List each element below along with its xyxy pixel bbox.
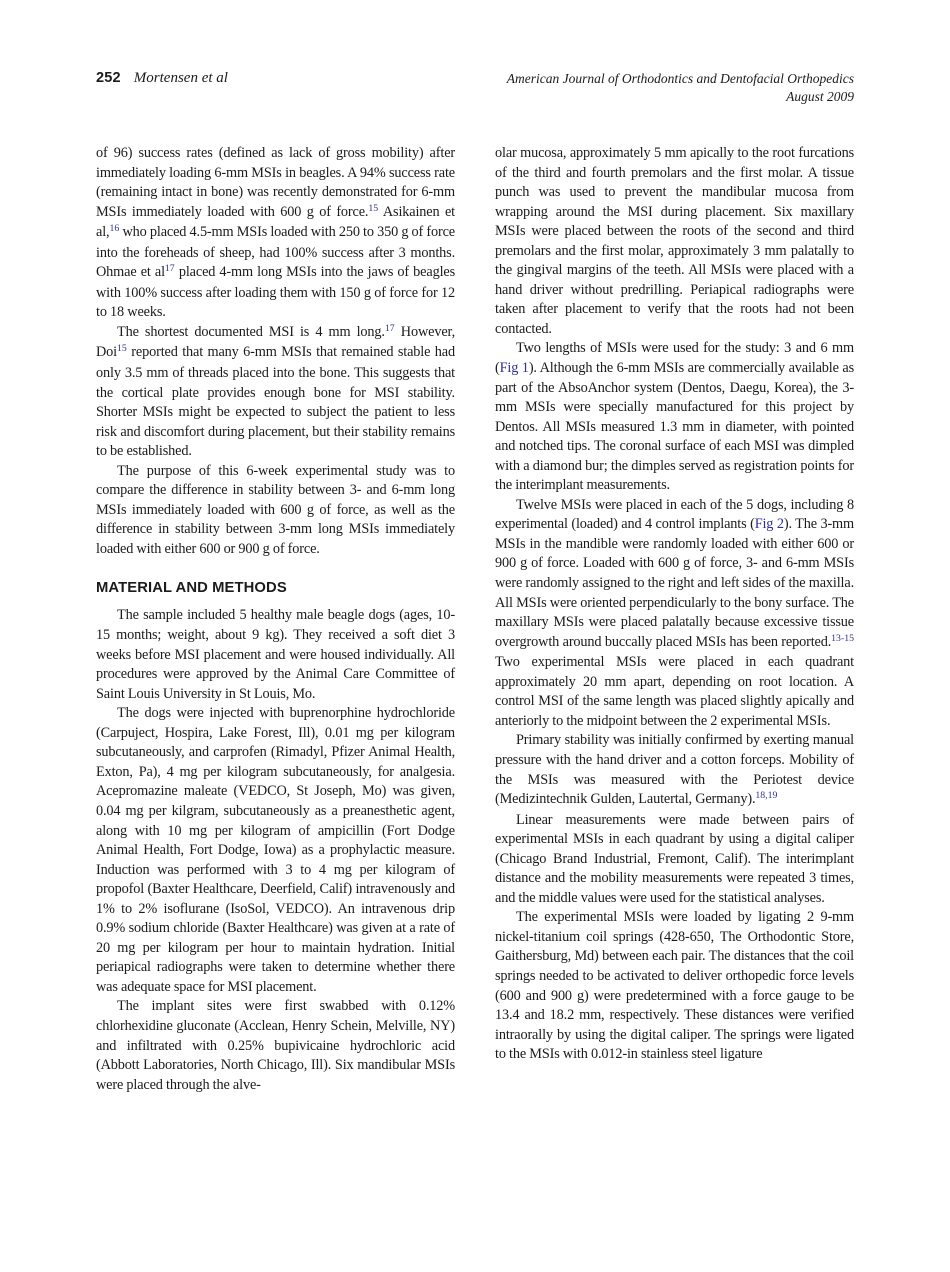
text-run: The experimental MSIs were loaded by lig… bbox=[495, 909, 854, 1062]
running-head-right: American Journal of Orthodontics and Den… bbox=[507, 70, 854, 106]
running-authors: Mortensen et al bbox=[134, 70, 228, 87]
reference-link[interactable]: 15 bbox=[117, 343, 127, 354]
journal-page: 252 Mortensen et al American Journal of … bbox=[0, 0, 950, 1272]
figure-link[interactable]: Fig 1 bbox=[500, 360, 529, 376]
text-run: Linear measurements were made between pa… bbox=[495, 812, 854, 906]
paragraph: Linear measurements were made between pa… bbox=[495, 811, 854, 909]
text-run: The implant sites were first swabbed wit… bbox=[96, 998, 455, 1092]
text-run: The dogs were injected with buprenorphin… bbox=[96, 705, 455, 995]
paragraph: The sample included 5 healthy male beagl… bbox=[96, 606, 455, 704]
reference-link[interactable]: 16 bbox=[109, 223, 119, 234]
reference-link[interactable]: 18,19 bbox=[755, 790, 777, 801]
figure-link[interactable]: Fig 2 bbox=[755, 516, 784, 532]
reference-link[interactable]: 15 bbox=[368, 203, 378, 214]
paragraph: The implant sites were first swabbed wit… bbox=[96, 997, 455, 1095]
text-run: Primary stability was initially confirme… bbox=[495, 732, 854, 807]
text-run: reported that many 6-mm MSIs that remain… bbox=[96, 344, 455, 459]
reference-link[interactable]: 13-15 bbox=[831, 633, 854, 644]
reference-link[interactable]: 17 bbox=[165, 263, 175, 274]
left-column: of 96) success rates (defined as lack of… bbox=[96, 144, 455, 1095]
paragraph: The dogs were injected with buprenorphin… bbox=[96, 704, 455, 997]
reference-link[interactable]: 17 bbox=[385, 323, 395, 334]
paragraph: The experimental MSIs were loaded by lig… bbox=[495, 908, 854, 1064]
paragraph: Primary stability was initially confirme… bbox=[495, 731, 854, 810]
paragraph: The purpose of this 6-week experimental … bbox=[96, 462, 455, 560]
text-run: ). The 3-mm MSIs in the mandible were ra… bbox=[495, 516, 854, 649]
text-run: The purpose of this 6-week experimental … bbox=[96, 463, 455, 557]
article-body: of 96) success rates (defined as lack of… bbox=[96, 144, 854, 1095]
paragraph: Twelve MSIs were placed in each of the 5… bbox=[495, 496, 854, 732]
text-run: The shortest documented MSI is 4 mm long… bbox=[117, 324, 385, 340]
page-header: 252 Mortensen et al American Journal of … bbox=[96, 70, 854, 106]
text-run: olar mucosa, approximately 5 mm apically… bbox=[495, 145, 854, 337]
text-run: Two experimental MSIs were placed in eac… bbox=[495, 654, 854, 729]
paragraph: olar mucosa, approximately 5 mm apically… bbox=[495, 144, 854, 339]
text-run: The sample included 5 healthy male beagl… bbox=[96, 607, 455, 701]
paragraph: Two lengths of MSIs were used for the st… bbox=[495, 339, 854, 495]
paragraph: The shortest documented MSI is 4 mm long… bbox=[96, 323, 455, 462]
text-run: ). Although the 6-mm MSIs are commercial… bbox=[495, 360, 854, 493]
journal-name: American Journal of Orthodontics and Den… bbox=[507, 70, 854, 88]
page-number: 252 bbox=[96, 70, 121, 86]
section-heading: MATERIAL AND METHODS bbox=[96, 580, 455, 596]
right-column: olar mucosa, approximately 5 mm apically… bbox=[495, 144, 854, 1095]
issue-date: August 2009 bbox=[507, 88, 854, 106]
running-head-left: 252 Mortensen et al bbox=[96, 70, 228, 87]
paragraph: of 96) success rates (defined as lack of… bbox=[96, 144, 455, 323]
